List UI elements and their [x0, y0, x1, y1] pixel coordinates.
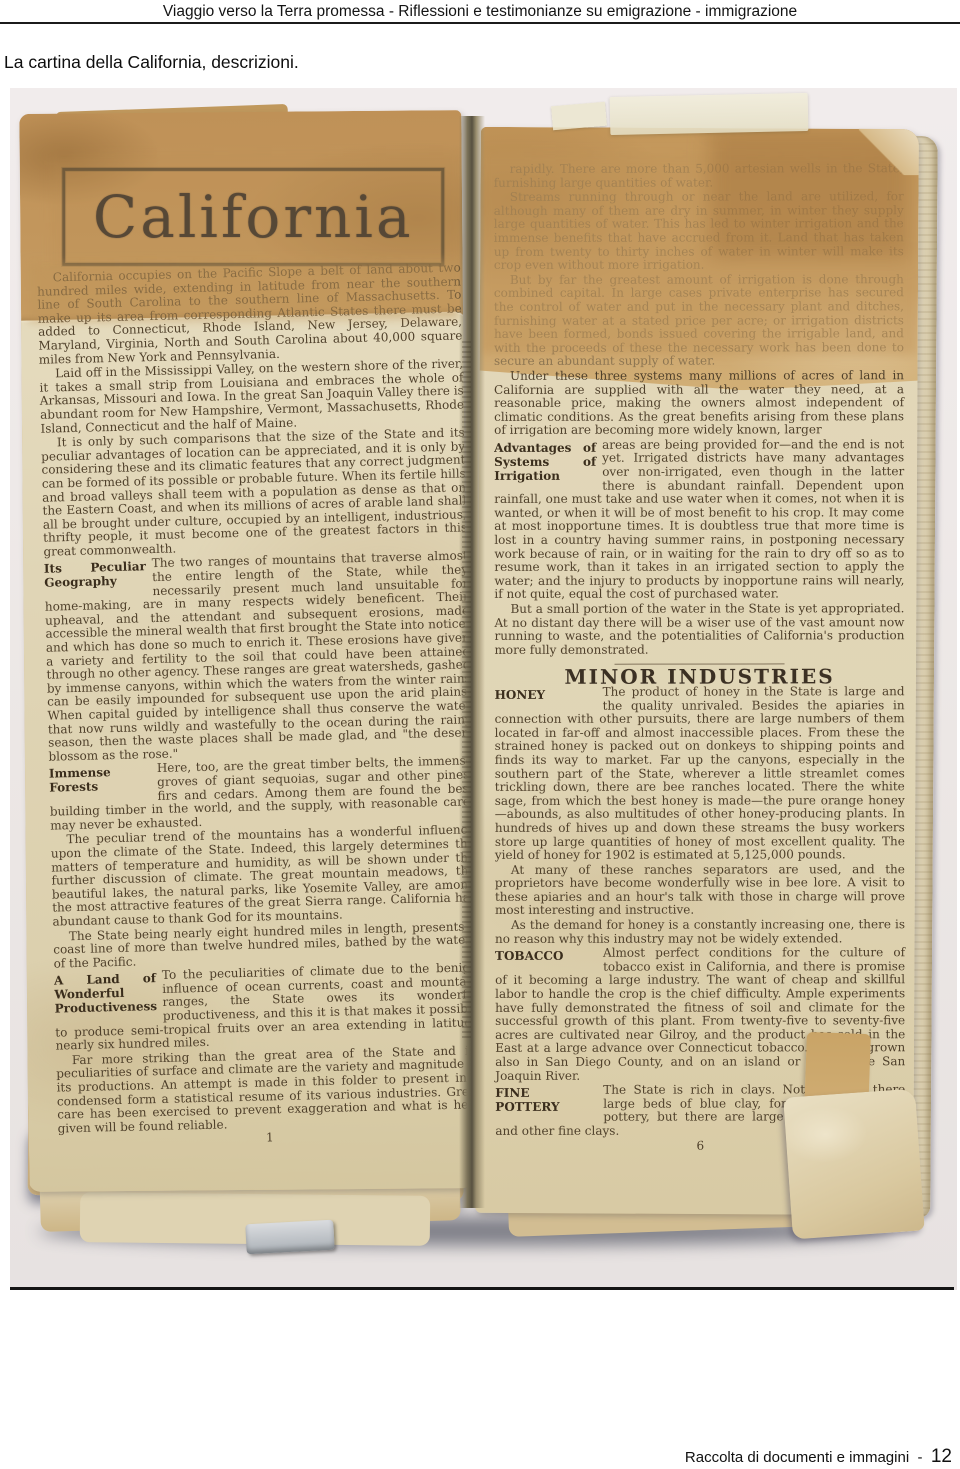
section-heading: Its Peculiar Geography [44, 560, 147, 590]
paragraph: As the demand for honey is a constantly … [495, 918, 905, 946]
photo-bottom-border [10, 1287, 954, 1290]
minor-industries-heading: MINOR INDUSTRIES [495, 671, 905, 685]
section-peculiar-geography: Its Peculiar Geography The two ranges of… [44, 550, 471, 764]
section-heading: TOBACCO [495, 949, 597, 963]
scanned-booklet-photo: California California occupies on the Pa… [10, 88, 957, 1290]
footer-separator: - [913, 1449, 926, 1466]
tape-strip [551, 102, 607, 131]
section-immense-forests: Immense Forests Here, too, are the great… [49, 755, 471, 833]
binding-clip [245, 1220, 334, 1255]
figure-caption: La cartina della California, descrizioni… [4, 52, 299, 73]
california-title-box: California [62, 168, 444, 266]
section-honey: HONEY The product of honey in the State … [495, 685, 905, 862]
paragraph: At many of these ranches separators are … [495, 863, 905, 918]
page-footer: Raccolta di documenti e immagini - 12 [685, 1446, 952, 1468]
booklet-left-page: California California occupies on the Pa… [19, 110, 470, 1192]
footer-label: Raccolta di documenti e immagini [685, 1449, 909, 1466]
paragraph: But a small portion of the water in the … [494, 602, 904, 657]
section-text: The product of honey in the State is lar… [495, 684, 905, 862]
paragraph: California occupies on the Pacific Slope… [37, 261, 463, 366]
faded-paragraph: rapidly. There are more than 5,000 artes… [494, 162, 904, 190]
paragraph: Far more striking than the great area of… [56, 1044, 471, 1136]
right-page-text: rapidly. There are more than 5,000 artes… [494, 162, 906, 1154]
footer-page-number: 12 [931, 1446, 952, 1467]
paragraph: It is only by such comparisons that the … [41, 427, 468, 560]
tape-strip [610, 93, 809, 135]
faded-paragraph: Streams running through or near the land… [494, 190, 904, 272]
page-header-title: Viaggio verso la Terra promessa - Rifles… [0, 3, 960, 21]
section-heading: Immense Forests [49, 765, 152, 795]
section-heading: A Land of Wonderful Productiveness [54, 971, 157, 1015]
section-heading: HONEY [495, 688, 597, 702]
paragraph: Laid off in the Mississippi Valley, on t… [39, 358, 465, 436]
section-heading: Advantages of Systems of Irrigation [494, 441, 596, 483]
paragraph: The peculiar trend of the mountains has … [50, 824, 470, 929]
faded-paragraph: But by far the greatest amount of irriga… [494, 273, 904, 369]
section-heading: FINE POTTERY [495, 1086, 597, 1114]
paragraph: Under these three systems many millions … [494, 369, 904, 438]
booklet-title: California [93, 183, 414, 251]
header-rule [0, 22, 960, 24]
section-irrigation-advantages: Advantages of Systems of Irrigation area… [494, 438, 904, 602]
section-land-of-productiveness: A Land of Wonderful Productiveness To th… [54, 962, 471, 1054]
torn-paper-scrap [783, 1089, 925, 1240]
left-page-text: California occupies on the Pacific Slope… [37, 261, 471, 1151]
document-page: { "header": { "title": "Viaggio verso la… [0, 0, 960, 1469]
